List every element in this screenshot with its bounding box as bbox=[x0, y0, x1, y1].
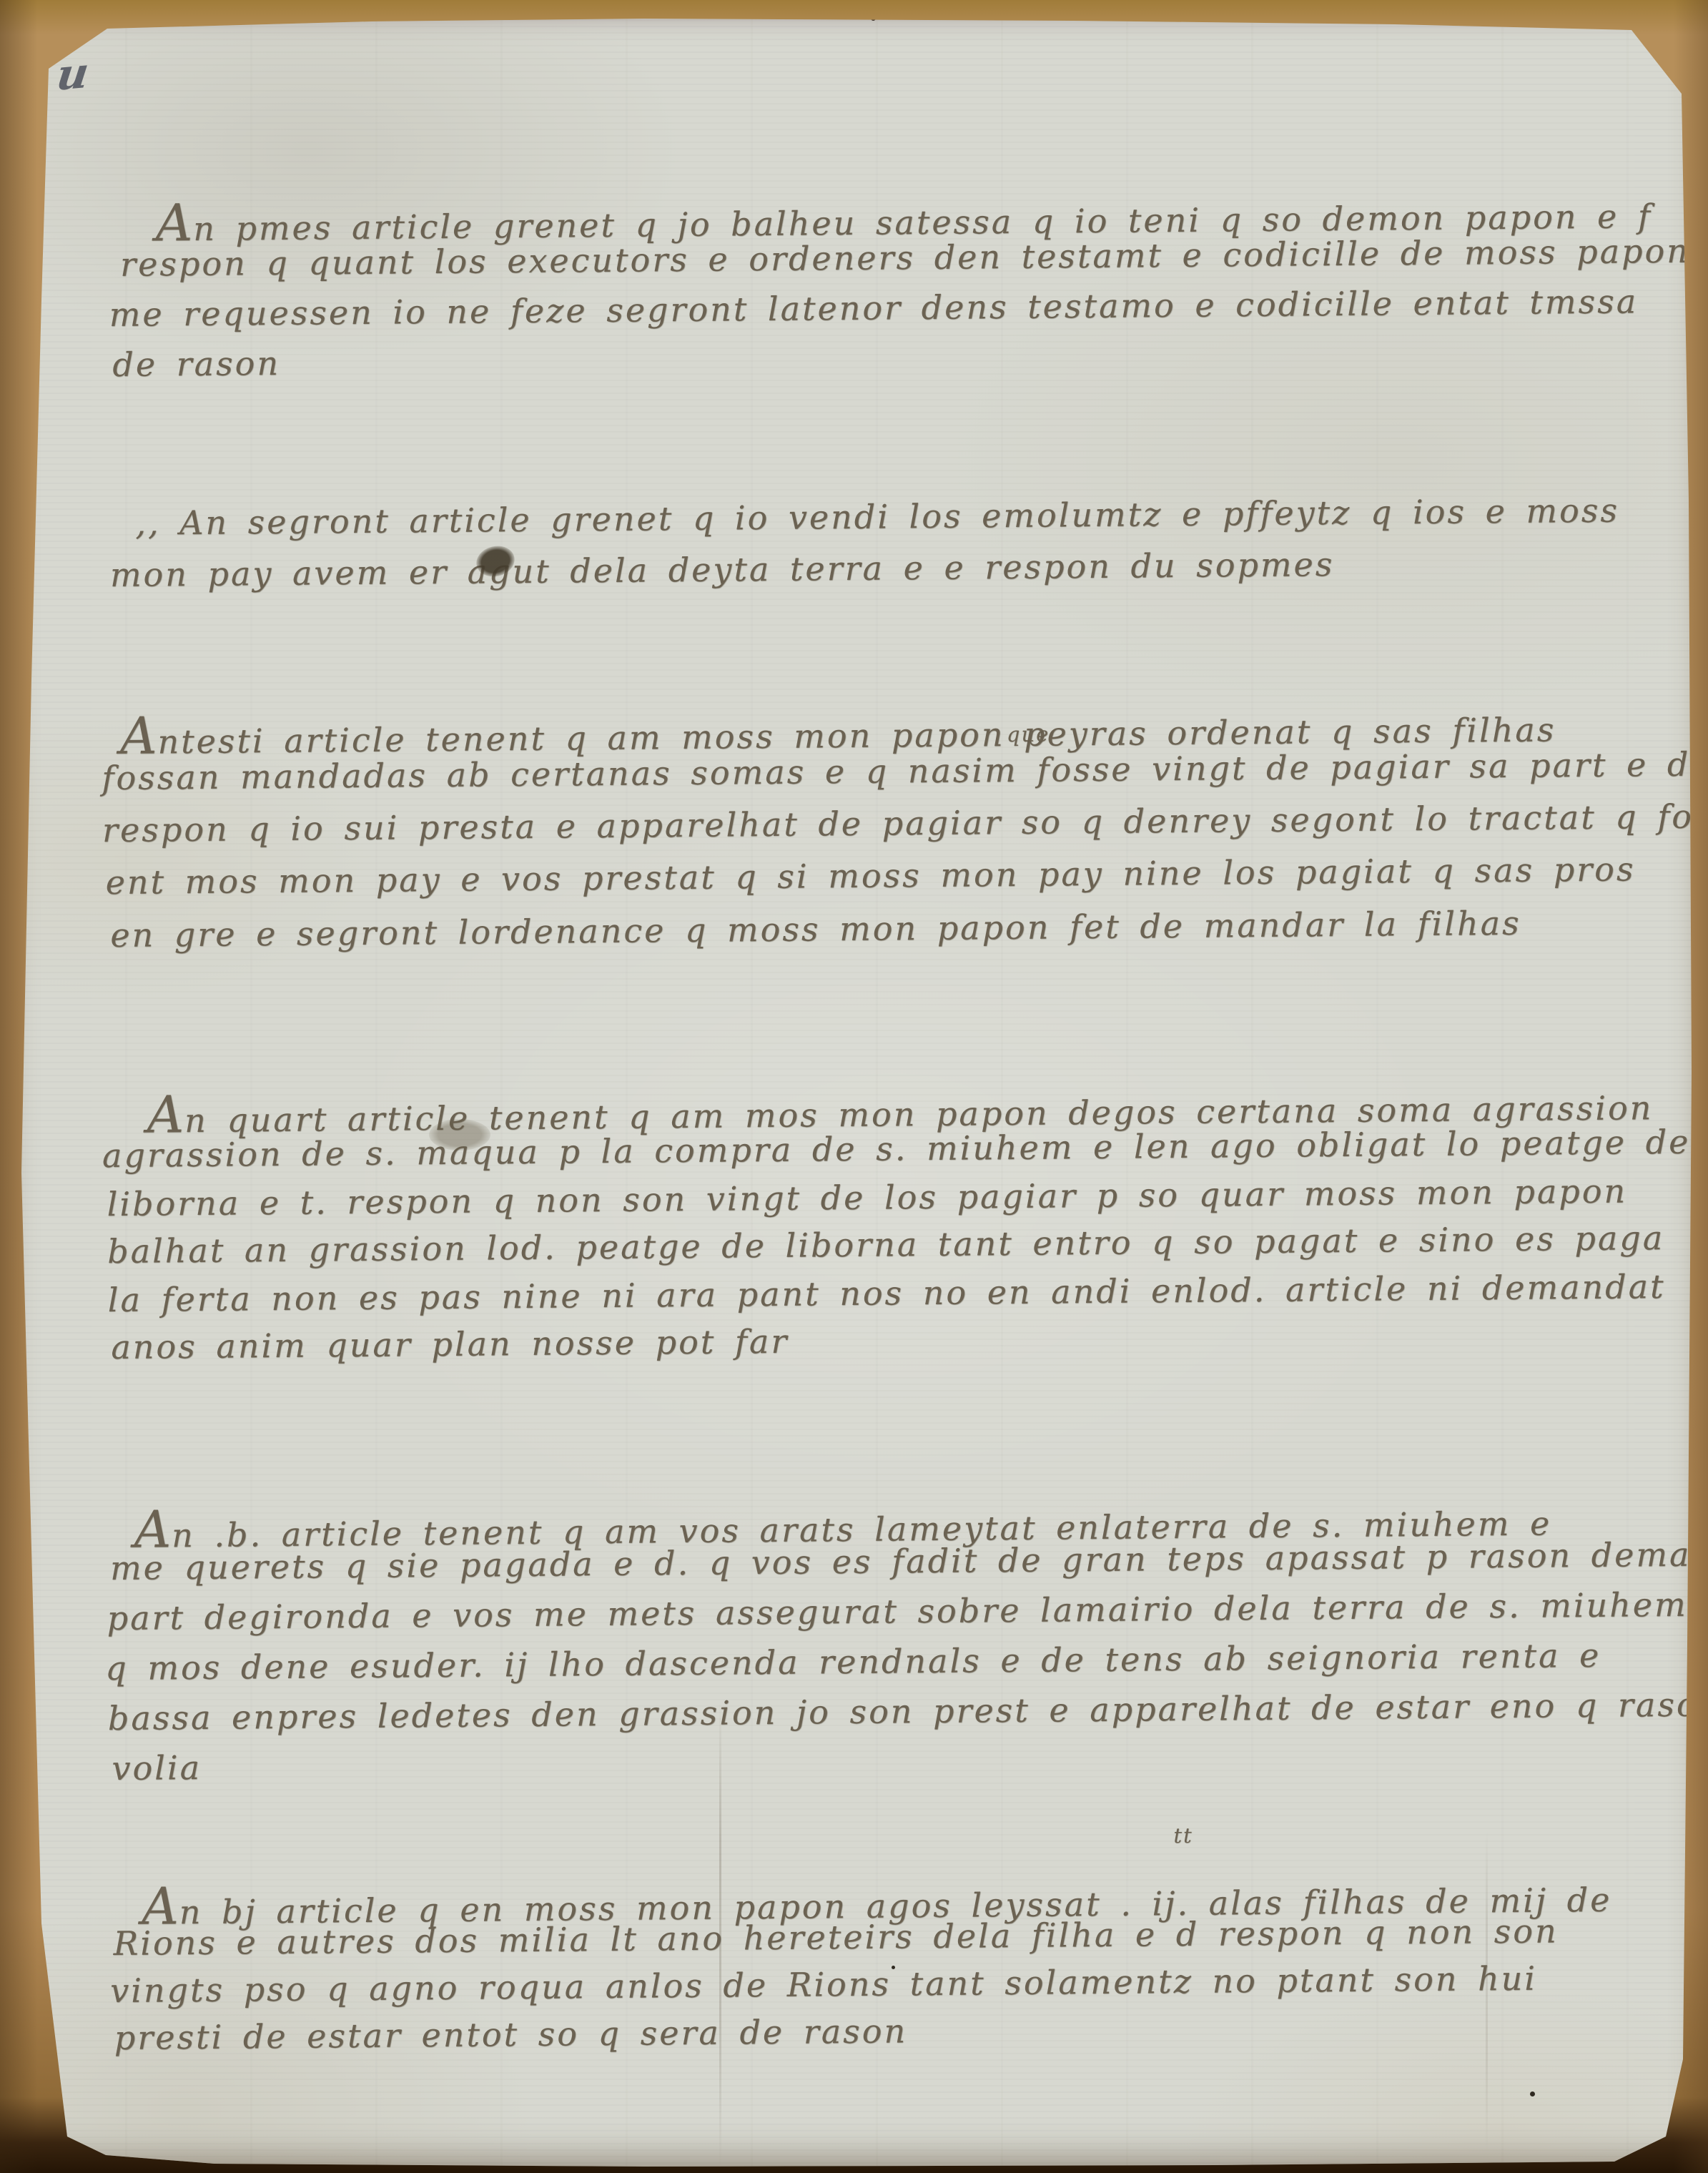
photo-backing: u An pmes article grenet q jo balheu sat… bbox=[0, 0, 1708, 2173]
paper-edge-shading bbox=[0, 0, 1708, 2173]
manuscript-page: u An pmes article grenet q jo balheu sat… bbox=[0, 0, 1708, 2173]
